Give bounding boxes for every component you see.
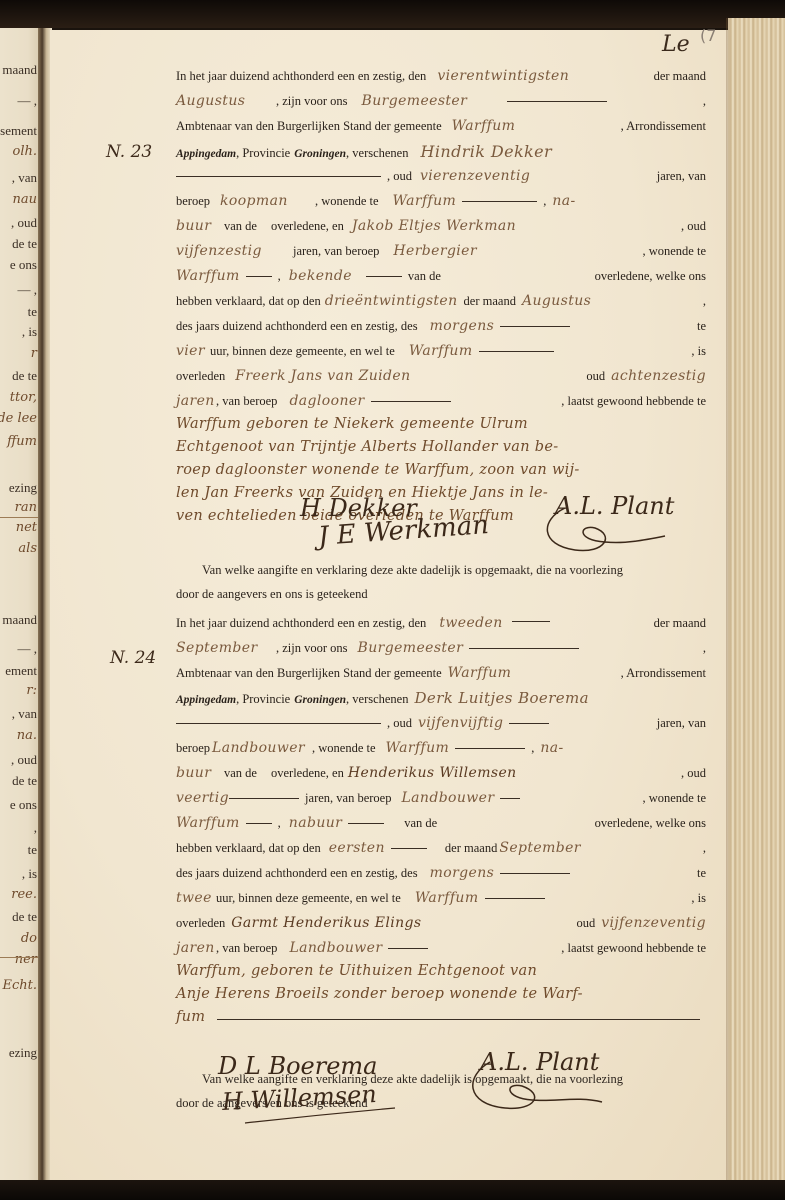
blank-rule	[500, 798, 520, 799]
death-record-24: In het jaar duizend achthonderd een en z…	[176, 611, 706, 1115]
printed-text: , wonende te	[642, 239, 706, 264]
previous-page-fragment: — ,	[18, 93, 38, 109]
printed-text: beroep	[176, 736, 210, 761]
blank-rule	[229, 798, 299, 799]
handwritten-remarks: Warffum, geboren te Uithuizen Echtgenoot…	[176, 960, 706, 1029]
previous-page-fragment: maand	[2, 62, 37, 78]
entry-declarant2-residence: Warffum	[176, 264, 240, 289]
printed-text: In het jaar duizend achthonderd een en z…	[176, 616, 426, 630]
printed-text: ,	[703, 289, 706, 314]
entry-month: September	[176, 636, 276, 661]
blank-rule	[485, 898, 545, 899]
printed-text: , laatst gewoond hebbende te	[561, 389, 706, 414]
entry-declarant2-age: veertig	[176, 786, 229, 811]
printed-text: ,	[703, 89, 706, 114]
printed-text: van de	[404, 811, 437, 836]
printed-text: In het jaar duizend achthonderd een en z…	[176, 69, 426, 83]
printed-text: ,	[543, 189, 546, 214]
previous-page-fragment: na.	[17, 728, 37, 743]
form-line: buur van de overledene, en Henderikus Wi…	[176, 761, 706, 786]
printed-text: Ambtenaar van den Burgerlijken Stand der…	[176, 661, 442, 686]
entry-declarant2-residence: Warffum	[176, 811, 240, 836]
previous-page-fragment: sement	[0, 123, 37, 139]
blank-rule	[509, 723, 549, 724]
entry-declarant1-residence: Warffum	[386, 736, 450, 761]
entry-day: tweeden	[439, 615, 502, 631]
printed-text: van de	[224, 761, 257, 786]
form-line: Ambtenaar van den Burgerlijken Stand der…	[176, 661, 706, 686]
page-stack-edges	[728, 18, 785, 1180]
form-line: vier uur, binnen deze gemeente, en wel t…	[176, 339, 706, 364]
printed-text: jaren, van beroep	[293, 239, 379, 264]
printed-text: beroep	[176, 189, 210, 214]
entry-declarant1-residence: Warffum	[393, 189, 457, 214]
printed-text: , Provincie	[236, 687, 290, 712]
entry-official-title: Burgemeester	[362, 89, 468, 114]
form-line: Appingedam , Provincie Groningen , versc…	[176, 139, 706, 164]
form-line: September , zijn voor ons Burgemeester ,	[176, 636, 706, 661]
signature-flourish-icon	[460, 1056, 610, 1116]
page-edge-shadow	[726, 18, 732, 1180]
blank-rule	[371, 401, 451, 402]
printed-text: der maand	[464, 289, 516, 314]
previous-page-fragment: ran	[15, 500, 37, 515]
printed-text: oud	[586, 364, 605, 389]
scanned-register-spread: maand— ,sementolh., vannau, oudde tee on…	[0, 0, 785, 1200]
remark-line: Warffum geboren te Niekerk gemeente Ulru…	[176, 413, 706, 436]
printed-text: , Arrondissement	[621, 114, 706, 139]
printed-text: der maand	[445, 836, 497, 861]
printed-text: , oud	[387, 164, 412, 189]
form-line: In het jaar duizend achthonderd een en z…	[176, 64, 706, 89]
printed-text: van de	[408, 264, 441, 289]
entry-municipality: Warffum	[452, 114, 516, 139]
form-line: beroep Landbouwer , wonende te Warffum ,…	[176, 736, 706, 761]
form-line: In het jaar duizend achthonderd een en z…	[176, 611, 706, 636]
previous-page-fragment: — ,	[18, 641, 38, 657]
printed-text: overledene, en	[271, 214, 344, 239]
previous-page-fragment: de te	[12, 236, 37, 252]
signature-flourish-icon	[535, 500, 675, 560]
blank-rule	[348, 823, 384, 824]
entry-declarant2-relation: nabuur	[289, 811, 342, 836]
entry-declarant1-age: vijfenvijftig	[418, 711, 503, 736]
printed-text: , wonende te	[642, 786, 706, 811]
entry-deceased-occupation: Landbouwer	[289, 936, 382, 961]
form-line: hebben verklaard, dat op den eersten der…	[176, 836, 706, 861]
entry-deceased-name: Freerk Jans van Zuiden	[235, 364, 410, 389]
printed-text: , oud	[681, 761, 706, 786]
previous-page-fragment: e ons	[10, 257, 37, 273]
previous-page-fragment: ree.	[11, 887, 37, 902]
printed-text: overledene, welke ons	[595, 264, 706, 289]
blank-rule	[246, 823, 272, 824]
printed-text: , verschenen	[346, 687, 408, 712]
form-line: overleden Freerk Jans van Zuiden oud ach…	[176, 364, 706, 389]
printed-text: Van welke aangifte en verklaring deze ak…	[176, 558, 706, 582]
form-line: , oud vierenzeventig jaren, van	[176, 164, 706, 189]
printed-text: , wonende te	[312, 736, 376, 761]
printed-text: Groningen	[294, 688, 346, 713]
remark-text: fum	[176, 1006, 205, 1029]
printed-text: , oud	[387, 711, 412, 736]
entry-hour: twee	[176, 886, 216, 911]
entry-declarant2-occupation: Landbouwer	[401, 786, 494, 811]
form-line: beroep koopman , wonende te Warffum , na…	[176, 189, 706, 214]
printed-text: jaren, van beroep	[305, 786, 391, 811]
entry-month: Augustus	[176, 89, 276, 114]
printed-text: , van beroep	[216, 936, 277, 961]
printed-text: des jaars duizend achthonderd een en zes…	[176, 314, 418, 339]
entry-official-title: Burgemeester	[358, 636, 464, 661]
blank-rule	[500, 873, 570, 874]
entry-time-of-day: morgens	[430, 861, 495, 886]
blank-rule	[366, 276, 402, 277]
previous-page-fragment: , is	[22, 866, 37, 882]
form-line: jaren , van beroep Landbouwer , laatst g…	[176, 936, 706, 961]
previous-page-fragment: do	[21, 931, 37, 946]
entry-deceased-name: Garmt Henderikus Elings	[231, 911, 421, 936]
previous-page-fragment: ffum	[7, 434, 37, 449]
form-line: Ambtenaar van den Burgerlijken Stand der…	[176, 114, 706, 139]
blank-rule	[512, 621, 550, 622]
form-line: vijfenzestig jaren, van beroep Herbergie…	[176, 239, 706, 264]
blank-rule	[455, 748, 525, 749]
printed-text: hebben verklaard, dat op den	[176, 289, 321, 314]
entry-death-day: drieëntwintigsten	[325, 289, 458, 314]
printed-text: Ambtenaar van den Burgerlijken Stand der…	[176, 114, 442, 139]
previous-page-fragment: te	[28, 842, 37, 858]
printed-text: der maand	[654, 611, 706, 636]
previous-page-fragment: ezing	[9, 1045, 37, 1061]
printed-text: , is	[691, 886, 706, 911]
entry-declarant1-relation: buur	[176, 214, 224, 239]
form-line: Warffum , bekende van de overledene, wel…	[176, 264, 706, 289]
printed-text: jaren, van	[657, 711, 706, 736]
remark-line: Anje Herens Broeils zonder beroep wonend…	[176, 983, 706, 1006]
entry-time-of-day: morgens	[430, 314, 495, 339]
book-binding-bottom	[0, 1180, 785, 1200]
form-line: Warffum , nabuur van de overledene, welk…	[176, 811, 706, 836]
entry-declarant2-occupation: Herbergier	[393, 239, 477, 264]
previous-page-fragment: de te	[12, 368, 37, 384]
entry-declarant1-relation: buur	[176, 761, 224, 786]
entry-declarant1-relation: na-	[540, 736, 563, 761]
entry-municipality: Warffum	[448, 661, 512, 686]
blank-rule	[217, 1019, 700, 1020]
entry-death-place: Warffum	[415, 886, 479, 911]
previous-page-fragment: maand	[2, 612, 37, 628]
closing-statement: Van welke aangifte en verklaring deze ak…	[176, 558, 706, 606]
entry-declarant2-relation: bekende	[289, 264, 352, 289]
printed-text: , Provincie	[236, 141, 290, 166]
printed-text: , laatst gewoond hebbende te	[561, 936, 706, 961]
remark-line: Warffum, geboren te Uithuizen Echtgenoot…	[176, 960, 706, 983]
previous-page-fragment: , van	[12, 170, 37, 186]
printed-text: hebben verklaard, dat op den	[176, 836, 321, 861]
printed-text: ,	[703, 636, 706, 661]
entry-deceased-age: jaren	[176, 936, 216, 961]
previous-page-fragment: te	[28, 304, 37, 320]
entry-declarant1-relation: na-	[552, 189, 575, 214]
previous-page-fragment: ,	[34, 820, 37, 836]
printed-text: Appingedam	[176, 688, 236, 713]
previous-page-fragment: de lee	[0, 411, 37, 426]
printed-text: , zijn voor ons	[276, 636, 348, 661]
entry-declarant2-name: Jakob Eltjes Werkman	[352, 214, 516, 239]
blank-rule	[246, 276, 272, 277]
form-line: jaren , van beroep daglooner , laatst ge…	[176, 389, 706, 414]
printed-text: des jaars duizend achthonderd een en zes…	[176, 861, 418, 886]
entry-declarant2-name: Henderikus Willemsen	[348, 761, 517, 786]
remark-line: Echtgenoot van Trijntje Alberts Hollande…	[176, 436, 706, 459]
blank-rule	[176, 723, 381, 724]
previous-page-fragment: , is	[22, 324, 37, 340]
printed-text: uur, binnen deze gemeente, en wel te	[210, 339, 395, 364]
entry-deceased-occupation: daglooner	[289, 389, 364, 414]
blank-rule	[507, 101, 607, 102]
blank-rule	[500, 326, 570, 327]
previous-page-fragment: olh.	[13, 144, 38, 159]
entry-declarant1-occupation: koopman	[220, 189, 315, 214]
previous-page-fragment: nau	[13, 192, 38, 207]
printed-text: , verschenen	[346, 141, 408, 166]
blank-rule	[391, 848, 427, 849]
printed-text: , wonende te	[315, 189, 379, 214]
printed-text: der maand	[654, 64, 706, 89]
entry-declarant1-occupation: Landbouwer	[212, 736, 312, 761]
printed-text: uur, binnen deze gemeente, en wel te	[216, 886, 401, 911]
record-number: N. 24	[110, 648, 156, 668]
blank-rule	[479, 351, 554, 352]
form-line: , oud vijfenvijftig jaren, van	[176, 711, 706, 736]
form-line: veertig jaren, van beroep Landbouwer , w…	[176, 786, 706, 811]
printed-text: , oud	[681, 214, 706, 239]
record-number: N. 23	[106, 142, 152, 162]
printed-text: overledene, welke ons	[595, 811, 706, 836]
previous-page-fragment: Echt.	[3, 978, 38, 993]
entry-declarant2-age: vijfenzestig	[176, 239, 271, 264]
printed-text: ,	[278, 264, 281, 289]
book-binding-top	[0, 0, 785, 28]
entry-death-place: Warffum	[409, 339, 473, 364]
printed-text: jaren, van	[657, 164, 706, 189]
previous-page-fragment: , van	[12, 706, 37, 722]
blank-rule	[388, 948, 428, 949]
remark-line: roep dagloonster wonende te Warffum, zoo…	[176, 459, 706, 482]
printed-text: overleden	[176, 364, 225, 389]
form-line: des jaars duizend achthonderd een en zes…	[176, 861, 706, 886]
printed-text: te	[697, 314, 706, 339]
entry-death-month: September	[499, 836, 581, 861]
entry-death-month: Augustus	[522, 289, 591, 314]
folio-pencil-mark: (7	[700, 26, 716, 45]
previous-page-fragment: net	[16, 520, 37, 535]
entry-declarant1-name: Derk Luitjes Boerema	[415, 686, 590, 711]
form-line: Appingedam , Provincie Groningen , versc…	[176, 686, 706, 711]
entry-declarant1-name: Hindrik Dekker	[421, 139, 553, 164]
printed-text: ,	[531, 736, 534, 761]
form-line: overleden Garmt Henderikus Elings oud vi…	[176, 911, 706, 936]
entry-hour: vier	[176, 339, 210, 364]
blank-rule	[176, 176, 381, 177]
printed-text: ,	[278, 811, 281, 836]
form-line: Augustus , zijn voor ons Burgemeester ,	[176, 89, 706, 114]
printed-text: ,	[703, 836, 706, 861]
previous-page-rule	[0, 517, 40, 518]
printed-text: oud	[577, 911, 596, 936]
entry-deceased-age: vijfenzeventig	[601, 911, 706, 936]
signature-underline-icon	[240, 1098, 400, 1128]
entry-declarant1-age: vierenzeventig	[420, 164, 530, 189]
form-line: hebben verklaard, dat op den drieëntwint…	[176, 289, 706, 314]
entry-death-day: eersten	[329, 836, 385, 861]
previous-page-fragment: , oud	[11, 215, 37, 231]
previous-page-fragment: — ,	[18, 282, 38, 298]
previous-page-fragment: , oud	[11, 752, 37, 768]
previous-page-fragment: de te	[12, 909, 37, 925]
entry-day: vierentwintigsten	[437, 68, 569, 84]
previous-page-fragment: de te	[12, 773, 37, 789]
previous-page-fragment: ement	[5, 663, 37, 679]
blank-rule	[462, 201, 537, 202]
signature-declarant1: D L Boerema	[218, 1052, 377, 1080]
printed-text: overleden	[176, 911, 225, 936]
previous-page-edge: maand— ,sementolh., vannau, oudde tee on…	[0, 28, 40, 1180]
entry-deceased-age: achtenzestig	[611, 364, 706, 389]
form-line: buur van de overledene, en Jakob Eltjes …	[176, 214, 706, 239]
previous-page-fragment: ner	[15, 952, 37, 967]
printed-text: , van beroep	[216, 389, 277, 414]
printed-text: overledene, en	[271, 761, 344, 786]
form-line: des jaars duizend achthonderd een en zes…	[176, 314, 706, 339]
printed-text: door de aangevers en ons is geteekend	[176, 582, 706, 606]
printed-text: te	[697, 861, 706, 886]
previous-page-fragment: ttor,	[10, 390, 37, 405]
previous-page-fragment: r:	[26, 683, 37, 698]
remark-line: fum	[176, 1006, 706, 1029]
folio-number: Le	[662, 32, 690, 57]
previous-page-fragment: ezing	[9, 480, 37, 496]
previous-page-rule	[0, 957, 40, 958]
printed-text: , is	[691, 339, 706, 364]
previous-page-fragment: r	[31, 346, 37, 361]
blank-rule	[469, 648, 579, 649]
previous-page-fragment: als	[18, 541, 37, 556]
entry-deceased-age: jaren	[176, 389, 216, 414]
printed-text: , zijn voor ons	[276, 89, 348, 114]
form-line: twee uur, binnen deze gemeente, en wel t…	[176, 886, 706, 911]
previous-page-fragment: e ons	[10, 797, 37, 813]
printed-text: van de	[224, 214, 257, 239]
printed-text: , Arrondissement	[621, 661, 706, 686]
